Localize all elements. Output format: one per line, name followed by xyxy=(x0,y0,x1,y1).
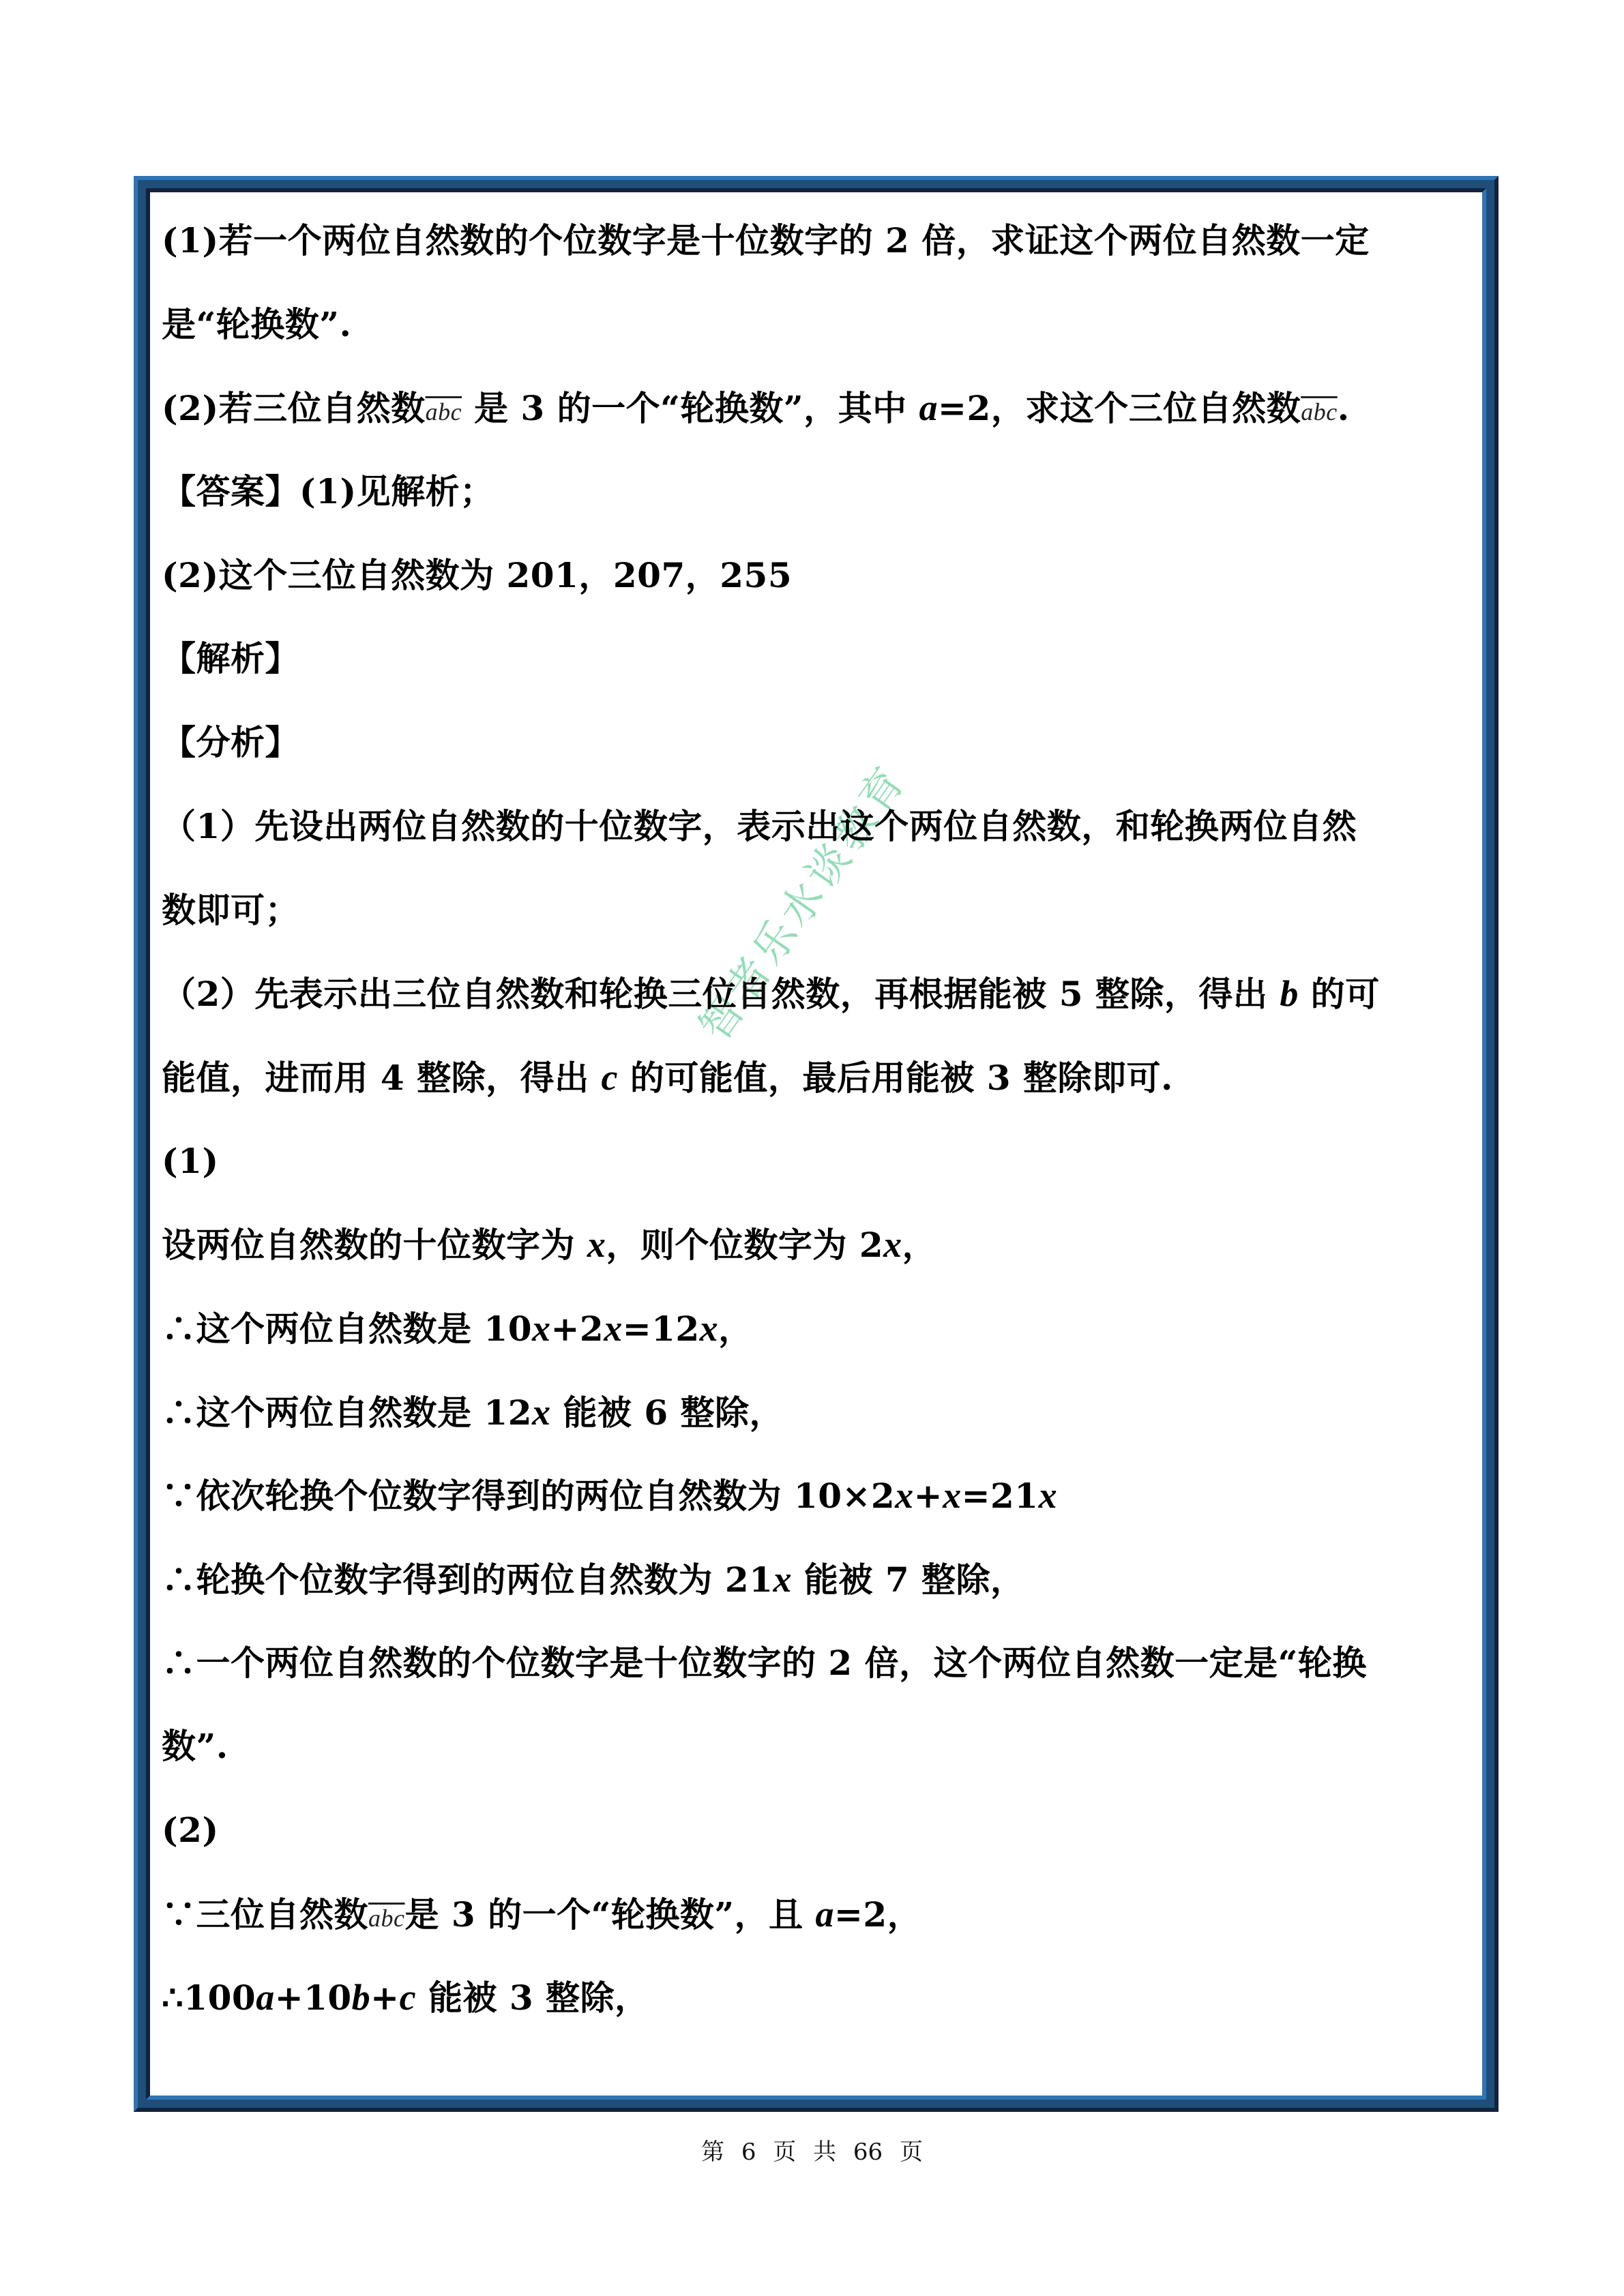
solution-heading: 【解析】 xyxy=(162,617,1478,701)
answer-line-1: 【答案】(1)见解析； xyxy=(162,450,1478,534)
part-1-label: (1) xyxy=(162,1120,1478,1204)
proof-1-line-7: 数”. xyxy=(162,1705,1478,1789)
proof-1-line-2: ∴这个两位自然数是 10x+2x=12x， xyxy=(162,1287,1478,1371)
analysis-2-line-1: （2）先表示出三位自然数和轮换三位自然数，再根据能被 5 整除，得出 b 的可 xyxy=(162,952,1478,1036)
analysis-2-line-2: 能值，进而用 4 整除，得出 c 的可能值，最后用能被 3 整除即可. xyxy=(162,1036,1478,1120)
overline-abc: abc xyxy=(426,398,462,426)
analysis-1-line-2: 数即可； xyxy=(162,869,1478,953)
analysis-heading: 【分析】 xyxy=(162,701,1478,785)
analysis-1-line-1: （1）先设出两位自然数的十位数字，表示出这个两位自然数，和轮换两位自然 xyxy=(162,785,1478,869)
overline-abc: abc xyxy=(1301,398,1337,426)
page-footer: 第 6 页 共 66 页 xyxy=(0,2133,1624,2166)
proof-2-line-1: ∵三位自然数abc是 3 的一个“轮换数”，且 a=2， xyxy=(162,1873,1478,1956)
proof-1-line-1: 设两位自然数的十位数字为 x，则个位数字为 2x， xyxy=(162,1203,1478,1287)
question-1-line-1: (1)若一个两位自然数的个位数字是十位数字的 2 倍，求证这个两位自然数一定 xyxy=(162,199,1478,283)
overline-abc: abc xyxy=(368,1905,404,1932)
part-2-label: (2) xyxy=(162,1789,1478,1873)
question-2: (2)若三位自然数abc 是 3 的一个“轮换数”，其中 a=2，求这个三位自然… xyxy=(162,366,1478,450)
proof-2-line-2: ∴100a+10b+c 能被 3 整除， xyxy=(162,1956,1478,2040)
question-1-line-2: 是“轮换数”. xyxy=(162,283,1478,367)
proof-1-line-4: ∵依次轮换个位数字得到的两位自然数为 10×2x+x=21x xyxy=(162,1454,1478,1538)
proof-1-line-6: ∴一个两位自然数的个位数字是十位数字的 2 倍，这个两位自然数一定是“轮换 xyxy=(162,1622,1478,1705)
document-content: (1)若一个两位自然数的个位数字是十位数字的 2 倍，求证这个两位自然数一定 是… xyxy=(162,199,1478,2040)
proof-1-line-5: ∴轮换个位数字得到的两位自然数为 21x 能被 7 整除， xyxy=(162,1538,1478,1622)
answer-line-2: (2)这个三位自然数为 201，207，255 xyxy=(162,534,1478,618)
proof-1-line-3: ∴这个两位自然数是 12x 能被 6 整除， xyxy=(162,1371,1478,1455)
